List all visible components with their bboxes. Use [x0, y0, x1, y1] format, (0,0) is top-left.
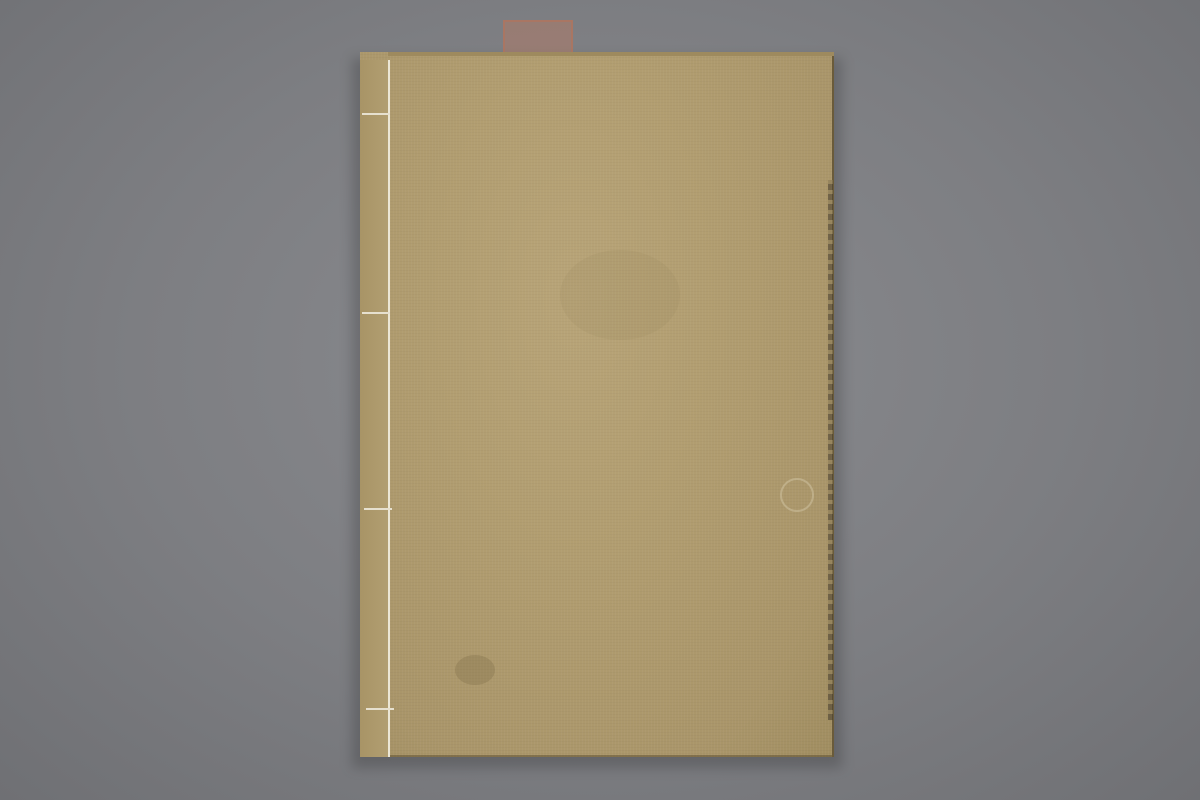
page-block-edge	[828, 180, 833, 720]
cover-stain	[560, 250, 680, 340]
cover-stain	[455, 655, 495, 685]
binding-stitch-3	[364, 508, 392, 510]
spine-binding-strip	[360, 60, 390, 757]
book-top-edge	[388, 52, 834, 56]
binding-thread-vertical	[388, 60, 390, 757]
binding-stitch-4	[366, 708, 394, 710]
photo-scene	[0, 0, 1200, 800]
binding-stitch-2	[362, 312, 390, 314]
binding-stitch-1	[362, 113, 390, 115]
cover-blemish	[780, 478, 814, 512]
book-cover	[360, 52, 834, 757]
